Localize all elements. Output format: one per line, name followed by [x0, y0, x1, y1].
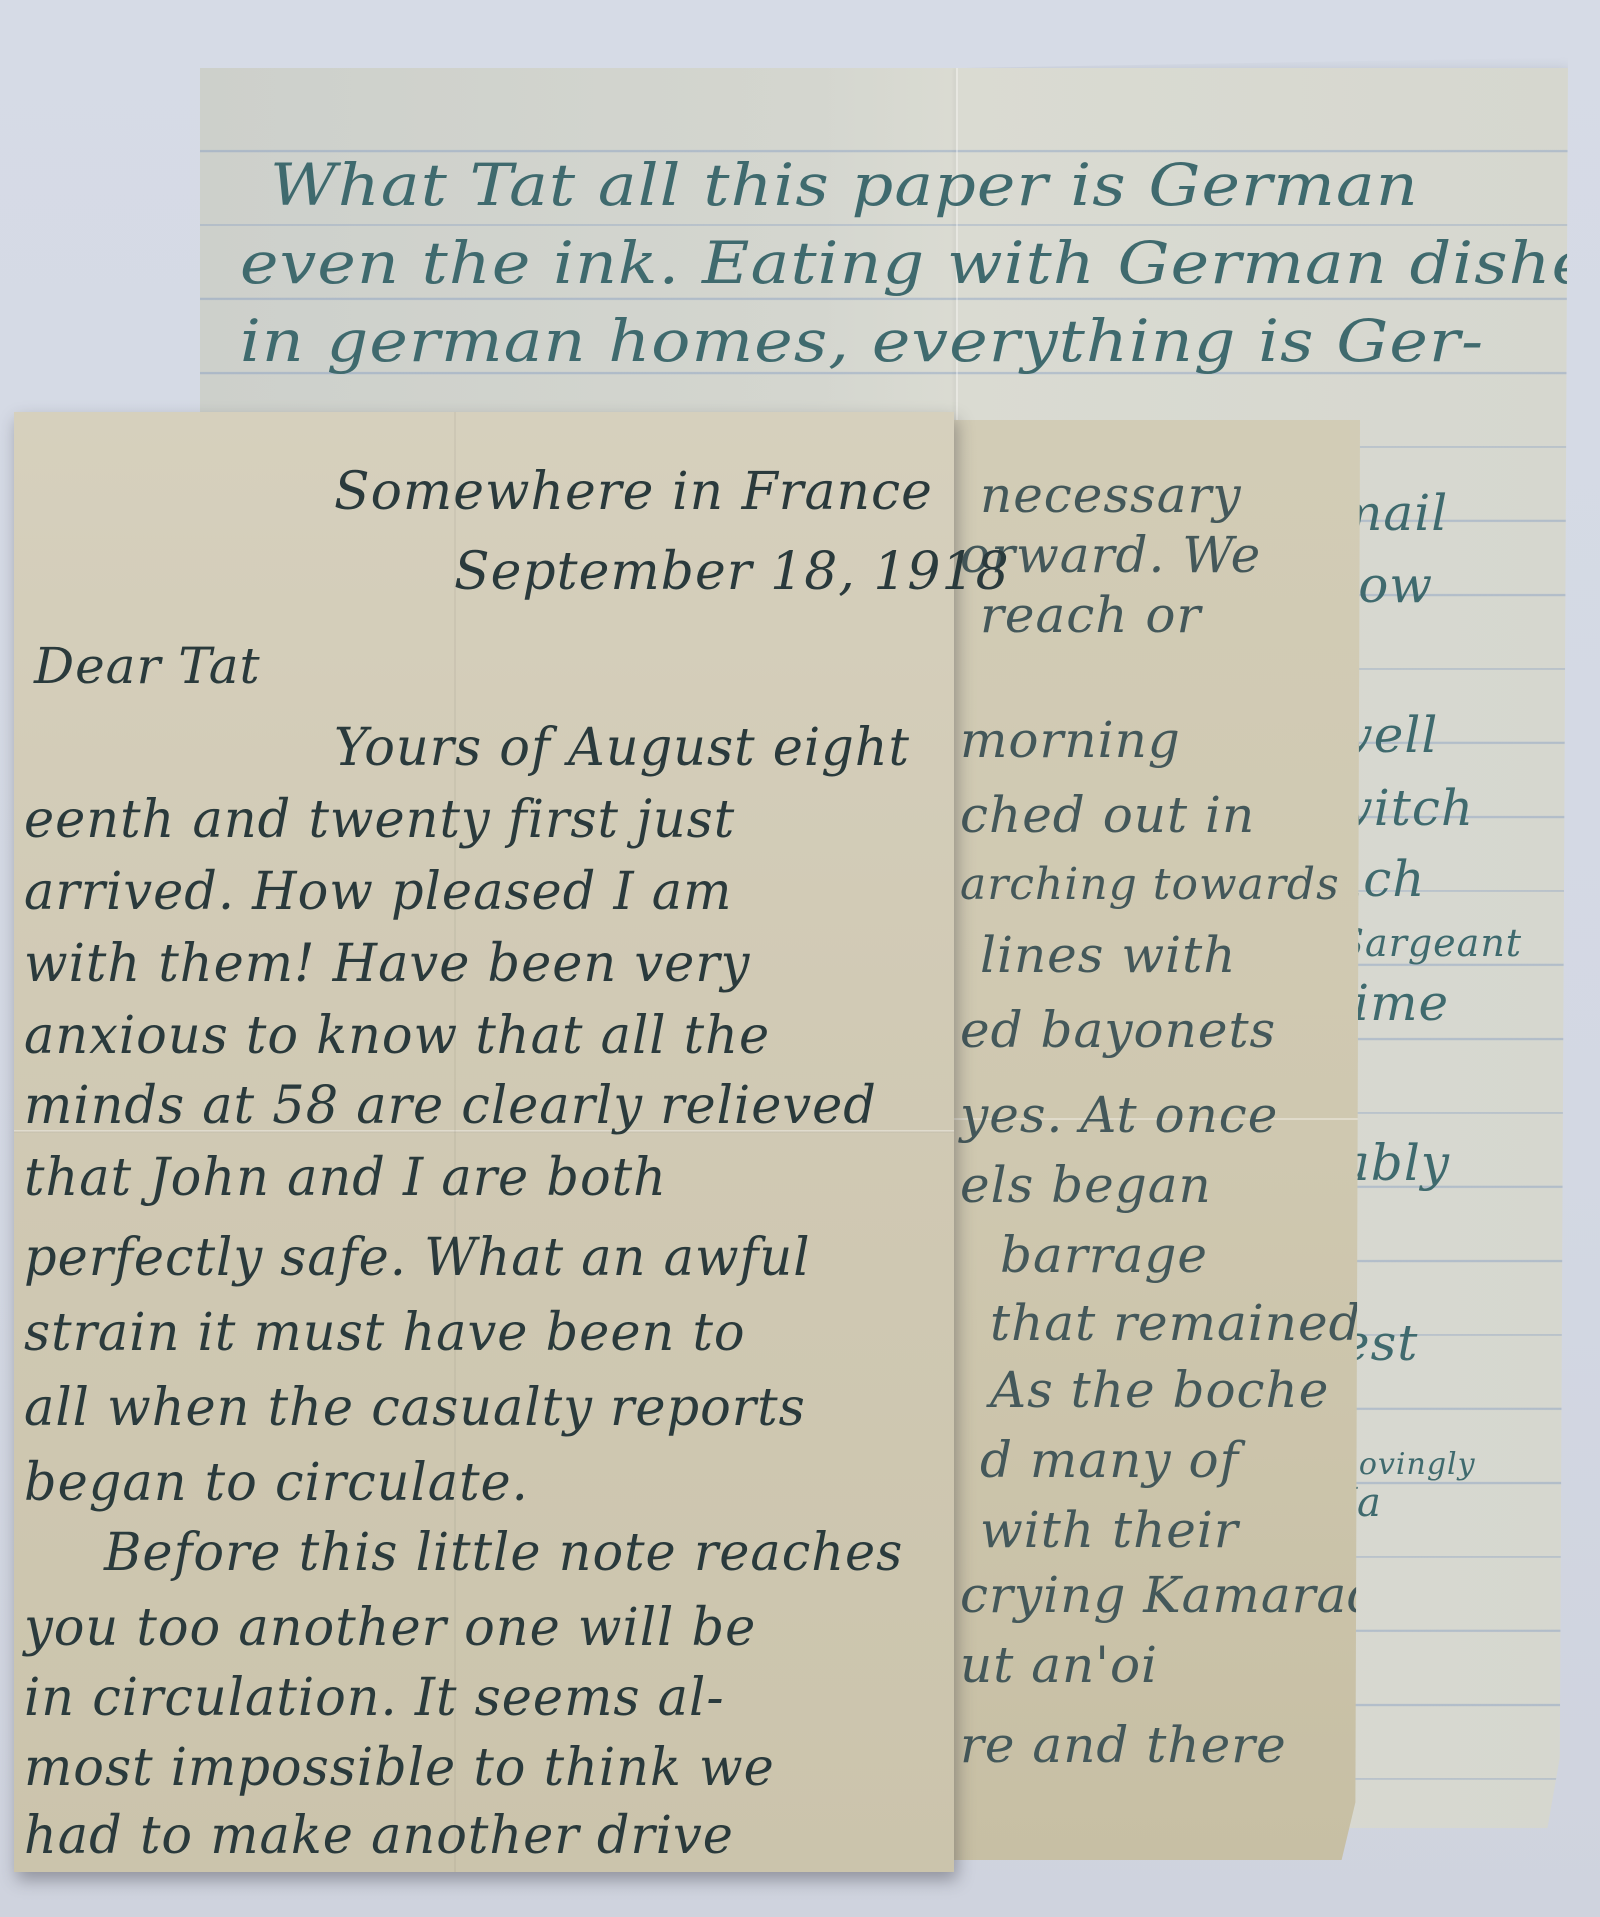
letter-body-line: that John and I are both	[24, 1142, 667, 1214]
letter-body-line: minds at 58 are clearly relieved	[24, 1070, 877, 1142]
back-letter-line: even the ink. Eating with German dishes	[240, 226, 1600, 300]
front-letter-page: Somewhere in France September 18, 1918 D…	[14, 412, 954, 1872]
letter-body-line: arrived. How pleased I am	[24, 856, 732, 928]
middle-letter-fragment: re and there	[960, 1710, 1287, 1780]
back-letter-line: in german homes, everything is Ger-	[240, 304, 1484, 378]
middle-letter-fragment: that remained	[990, 1288, 1362, 1358]
middle-letter-fragment: yes. At once	[960, 1080, 1278, 1150]
letter-body-line: Before this little note reaches	[104, 1517, 903, 1589]
middle-letter-fragment: els began	[960, 1150, 1212, 1220]
letter-body-line: had to make another drive	[24, 1800, 734, 1872]
letter-body-line: eenth and twenty first just	[24, 784, 735, 856]
letter-body-line: began to circulate.	[24, 1447, 529, 1519]
letter-body-line: perfectly safe. What an awful	[24, 1222, 810, 1294]
back-letter-line: What Tat all this paper is German	[270, 148, 1419, 222]
middle-letter-fragment: lines with	[980, 920, 1236, 990]
letter-body-line: anxious to know that all the	[24, 1000, 770, 1072]
middle-letter-fragment: As the boche	[990, 1355, 1329, 1425]
letter-body-line: most impossible to think we	[24, 1732, 775, 1804]
letter-body-line: Yours of August eight	[334, 712, 910, 784]
letter-body-line: you too another one will be	[24, 1592, 756, 1664]
middle-letter-fragment: d many of	[980, 1425, 1239, 1495]
letter-salutation: Dear Tat	[34, 637, 261, 695]
letter-body-line: all when the casualty reports	[24, 1372, 806, 1444]
letter-place-heading: Somewhere in France	[334, 462, 933, 522]
middle-letter-fragment: barrage	[1000, 1220, 1208, 1290]
letter-date: September 18, 1918	[454, 542, 1010, 602]
middle-letter-fragment: ut an'oi	[960, 1630, 1158, 1700]
middle-letter-fragment: crying Kamarad!	[960, 1560, 1401, 1630]
letter-body-line: with them! Have been very	[24, 928, 750, 1000]
middle-letter-fragment: arching towards	[960, 850, 1340, 920]
letter-body-line: in circulation. It seems al-	[24, 1662, 725, 1734]
middle-letter-fragment: ched out in	[960, 780, 1255, 850]
letter-body-line: strain it must have been to	[24, 1297, 746, 1369]
middle-letter-fragment: morning	[960, 705, 1181, 775]
middle-letter-fragment: with their	[980, 1495, 1239, 1565]
middle-letter-fragment: reach or	[980, 580, 1201, 650]
middle-letter-fragment: ed bayonets	[960, 995, 1276, 1065]
